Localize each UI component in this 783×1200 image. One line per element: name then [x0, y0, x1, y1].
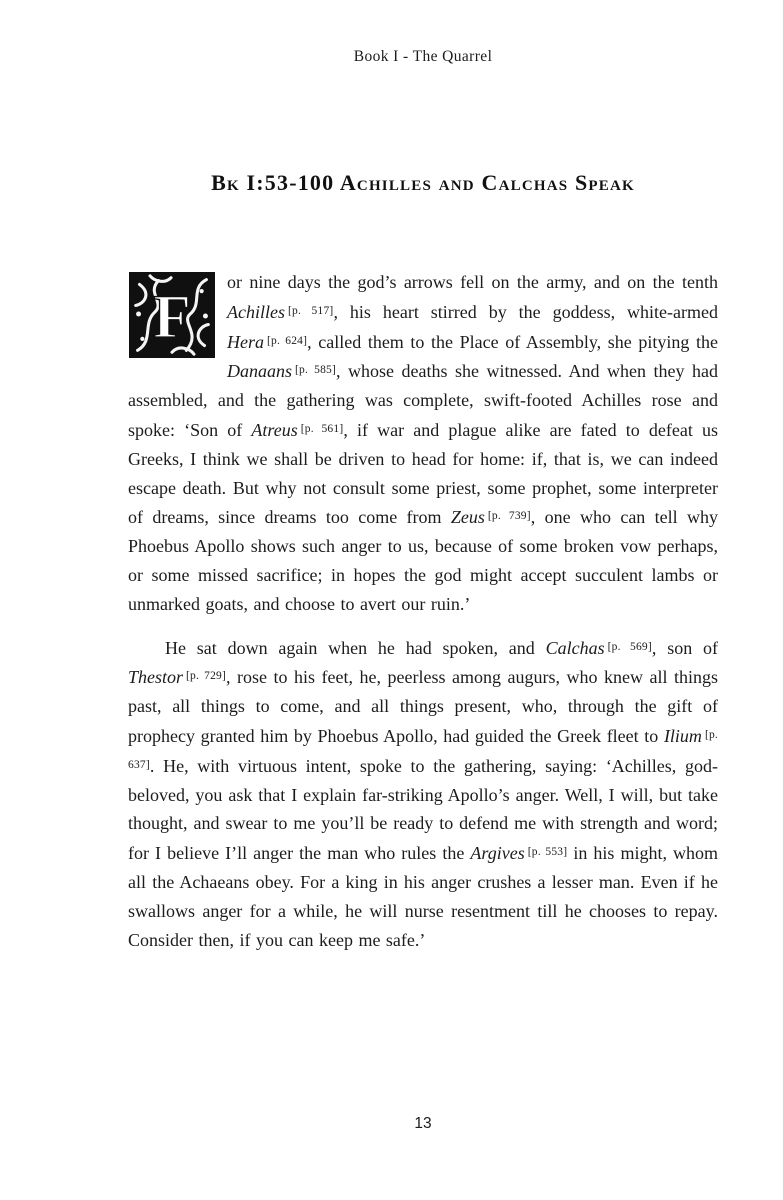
ornate-initial-icon: F — [128, 272, 216, 358]
chapter-title: Bk I:53-100 Achilles and Calchas Speak — [100, 170, 746, 196]
page-reference-link[interactable]: [p. 561] — [301, 423, 344, 435]
paragraph: F or nine days the god’s arrows fell on … — [128, 268, 718, 619]
page-reference-link[interactable]: [p. 739] — [488, 510, 531, 522]
proper-noun: Calchas — [546, 638, 605, 658]
paragraph-text: He sat down again when he had spoken, an… — [128, 638, 718, 950]
proper-noun: Argives — [470, 843, 524, 863]
proper-noun: Atreus — [251, 420, 297, 440]
page-reference-link[interactable]: [p. 517] — [288, 305, 333, 317]
drop-cap-letter: F — [153, 284, 190, 351]
proper-noun: Ilium — [664, 726, 702, 746]
page-reference-link[interactable]: [p. 624] — [267, 335, 307, 347]
paragraph: He sat down again when he had spoken, an… — [128, 633, 718, 955]
proper-noun: Danaans — [227, 361, 292, 381]
page-reference-link[interactable]: [p. 553] — [528, 846, 568, 858]
page-reference-link[interactable]: [p. 729] — [186, 670, 226, 682]
page-reference-link[interactable]: [p. 585] — [295, 364, 336, 376]
proper-noun: Zeus — [451, 507, 485, 527]
paragraph-text: or nine days the god’s arrows fell on th… — [128, 272, 718, 614]
proper-noun: Achilles — [227, 302, 285, 322]
proper-noun: Thestor — [128, 667, 183, 687]
page-reference-link[interactable]: [p. 637] — [128, 729, 718, 771]
book-page: Book I - The Quarrel Bk I:53-100 Achille… — [0, 0, 783, 1200]
drop-cap: F — [128, 272, 216, 358]
body-text: F or nine days the god’s arrows fell on … — [128, 268, 718, 954]
page-reference-link[interactable]: [p. 569] — [608, 641, 652, 653]
proper-noun: Hera — [227, 332, 264, 352]
page-number: 13 — [128, 1115, 718, 1133]
running-header: Book I - The Quarrel — [128, 48, 718, 66]
